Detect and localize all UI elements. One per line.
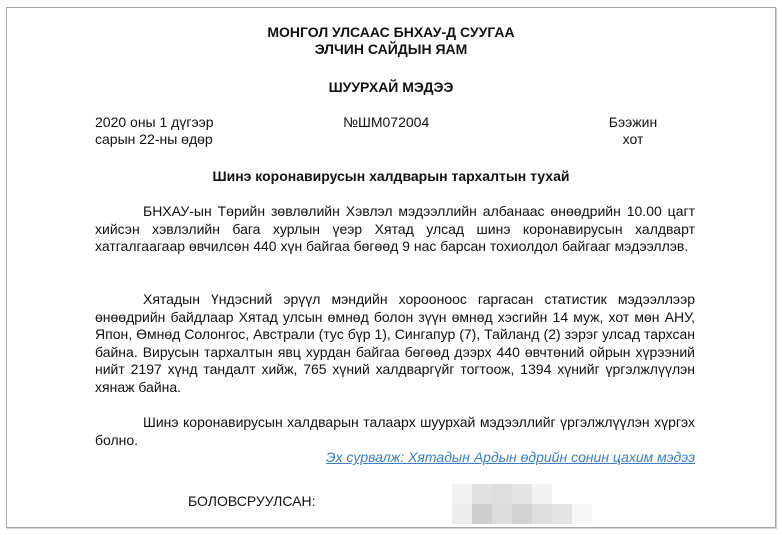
organization-name-line1: МОНГОЛ УЛСААС БНХАУ-Д СУУГАА: [7, 24, 775, 41]
document-subject: Шинэ коронавирусын халдварын тархалтын т…: [7, 168, 775, 185]
prepared-by-label: БОЛОВСРУУЛСАН:: [188, 493, 316, 510]
document-place: Бээжин хот: [603, 114, 663, 148]
date-line1: 2020 оны 1 дүгээр: [95, 114, 214, 131]
document-number: №ШМ072004: [343, 114, 429, 131]
document-date: 2020 оны 1 дүгээр сарын 22-ны өдөр: [95, 114, 214, 148]
body-paragraph: БНХАУ-ын Төрийн зөвлөлийн Хэвлэл мэдээлл…: [95, 203, 695, 256]
place-line2: хот: [603, 131, 663, 148]
document-type-title: ШУУРХАЙ МЭДЭЭ: [7, 79, 775, 96]
body-paragraph: Хятадын Үндэсний эрүүл мэндийн хорооноос…: [95, 291, 695, 397]
place-line1: Бээжин: [603, 114, 663, 131]
redacted-name-block: [452, 484, 592, 526]
date-line2: сарын 22-ны өдөр: [95, 131, 214, 148]
organization-name-line2: ЭЛЧИН САЙДЫН ЯАМ: [7, 41, 775, 58]
document-page: МОНГОЛ УЛСААС БНХАУ-Д СУУГАА ЭЛЧИН САЙДЫ…: [6, 7, 776, 528]
body-paragraph: Шинэ коронавирусын халдварын талаарх шуу…: [95, 414, 695, 449]
source-link[interactable]: Эх сурвалж: Хятадын Ардын өдрийн сонин ц…: [326, 449, 695, 466]
